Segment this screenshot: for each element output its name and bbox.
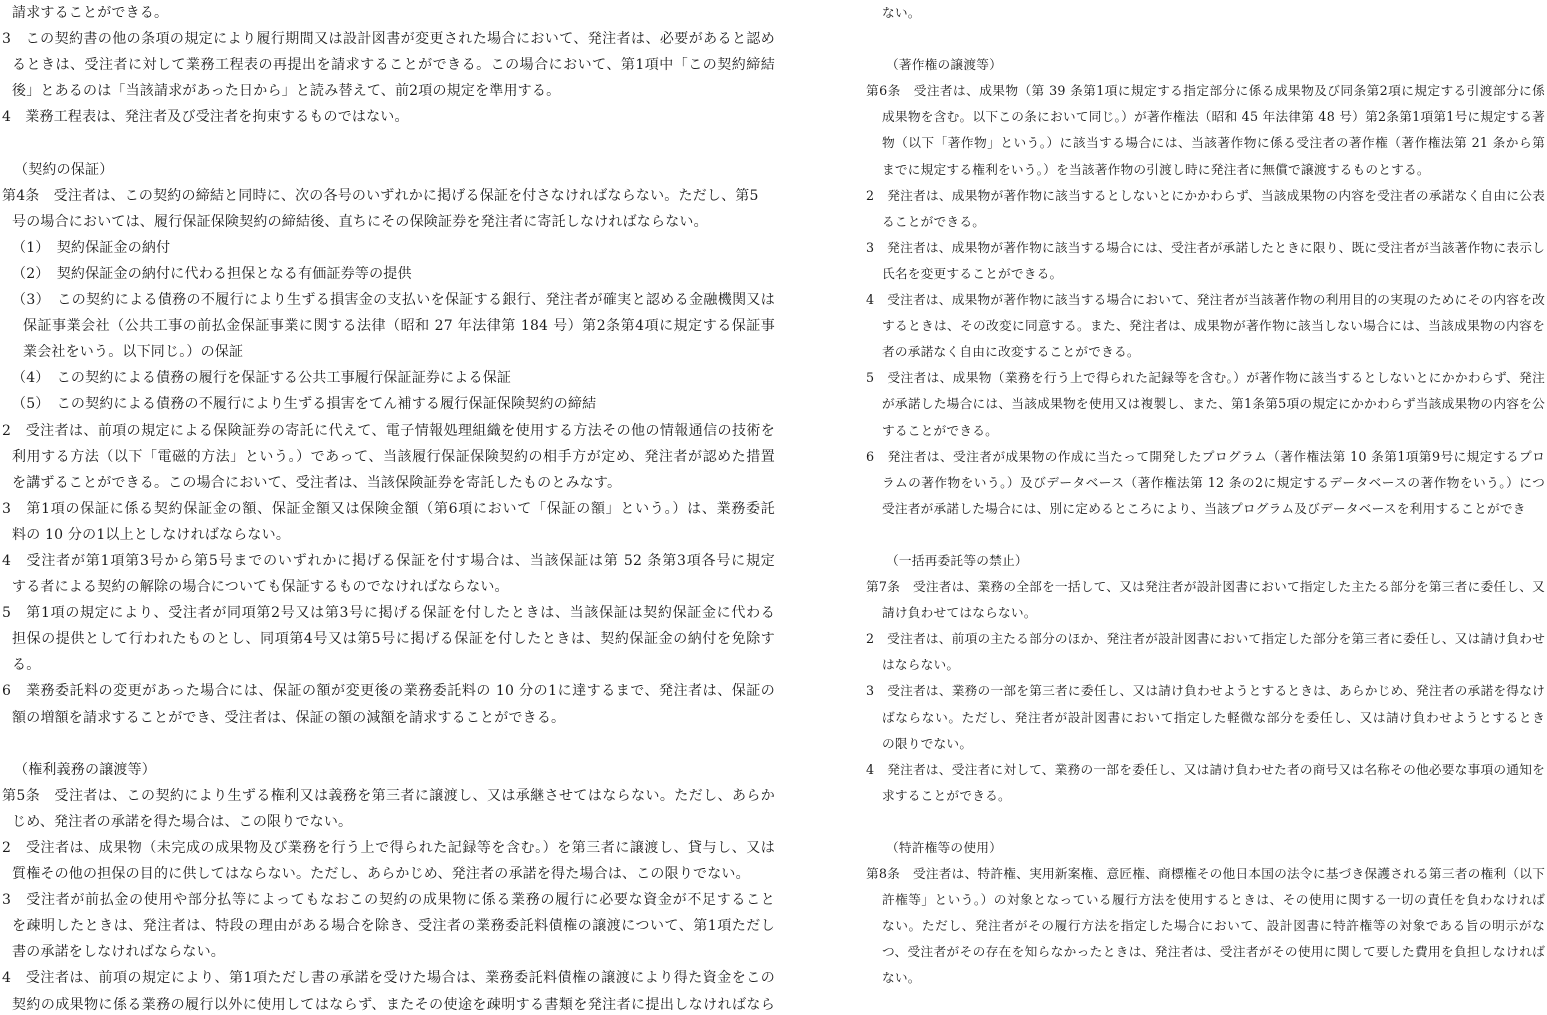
text-line: 業会社をいう。以下同じ。）の保証	[2, 339, 775, 365]
section-heading: （著作権の譲渡等）	[866, 52, 1545, 78]
text-line: （5） この契約による債務の不履行により生ずる損害をてん補する履行保証保険契約の…	[2, 391, 775, 417]
text-line: 受注者が承諾した場合には、別に定めるところにより、当該プログラム及びデータベース…	[866, 496, 1545, 522]
text-line: を講ずることができる。この場合において、受注者は、当該保険証券を寄託したものとみ…	[2, 470, 775, 496]
text-line: するときは、その改変に同意する。また、発注者は、成果物が著作物に該当しない場合に…	[866, 313, 1545, 339]
article-opening-line: 第8条 受注者は、特許権、実用新案権、意匠権、商標権その他日本国の法令に基づき保…	[866, 861, 1545, 887]
text-line: 4 発注者は、受注者に対して、業務の一部を委任し、又は請け負わせた者の商号又は名…	[866, 757, 1545, 783]
text-line: ない。	[866, 0, 1545, 26]
text-line: ラムの著作物をいう。）及びデータベース（著作権法第 12 条の2に規定するデータ…	[866, 470, 1545, 496]
text-line: はならない。	[866, 652, 1545, 678]
text-line: 5 第1項の規定により、受注者が同項第2号又は第3号に掲げる保証を付したときは、…	[2, 600, 775, 626]
text-line: るときは、受注者に対して業務工程表の再提出を請求することができる。この場合におい…	[2, 52, 775, 78]
text-line: 後」とあるのは「当該請求があった日から」と読み替えて、前2項の規定を準用する。	[2, 78, 775, 104]
text-line: ない。	[866, 965, 1545, 991]
text-line: 許権等」という。）の対象となっている履行方法を使用するときは、その使用に関する一…	[866, 887, 1545, 913]
text-line: ることができる。	[866, 209, 1545, 235]
text-line: 2 発注者は、成果物が著作物に該当するとしないとにかかわらず、当該成果物の内容を…	[866, 183, 1545, 209]
text-line: 書の承諾をしなければならない。	[2, 939, 775, 965]
text-line: 成果物を含む。以下この条において同じ。）が著作権法（昭和 45 年法律第 48 …	[866, 104, 1545, 130]
text-line: を疎明したときは、発注者は、特段の理由がある場合を除き、受注者の業務委託料債権の…	[2, 913, 775, 939]
text-line: 5 受注者は、成果物（業務を行う上で得られた記録等を含む。）が著作物に該当すると…	[866, 365, 1545, 391]
text-line: 号の場合においては、履行保証保険契約の締結後、直ちにその保険証券を発注者に寄託し…	[2, 209, 775, 235]
text-line: 求することができる。	[866, 783, 1545, 809]
text-line: 契約の成果物に係る業務の履行以外に使用してはならず、またその使途を疎明する書類を…	[2, 992, 775, 1015]
text-line: 4 受注者は、前項の規定により、第1項ただし書の承諾を受けた場合は、業務委託料債…	[2, 965, 775, 991]
text-line: ばならない。ただし、発注者が設計図書において指定した軽微な部分を委任し、又は請け…	[866, 705, 1545, 731]
text-line: 4 受注者が第1項第3号から第5号までのいずれかに掲げる保証を付す場合は、当該保…	[2, 548, 775, 574]
text-line: つ、受注者がその存在を知らなかったときは、発注者は、受注者がその使用に関して要し…	[866, 939, 1545, 965]
text-line: 2 受注者は、前項の主たる部分のほか、発注者が設計図書において指定した部分を第三…	[866, 626, 1545, 652]
text-line: 質権その他の担保の目的に供してはならない。ただし、あらかじめ、発注者の承諾を得た…	[2, 861, 775, 887]
text-line: 3 この契約書の他の条項の規定により履行期間又は設計図書が変更された場合において…	[2, 26, 775, 52]
text-line: 額の増額を請求することができ、受注者は、保証の額の減額を請求することができる。	[2, 705, 775, 731]
section-heading: （権利義務の譲渡等）	[2, 757, 775, 783]
text-line: 保証事業会社（公共工事の前払金保証事業に関する法律（昭和 27 年法律第 184…	[2, 313, 775, 339]
blank-line	[866, 522, 1545, 548]
article-opening-line: 第5条 受注者は、この契約により生ずる権利又は義務を第三者に譲渡し、又は承継させ…	[2, 783, 775, 809]
article-opening-line: 第4条 受注者は、この契約の締結と同時に、次の各号のいずれかに掲げる保証を付さな…	[2, 183, 775, 209]
left-page-column: 請求することができる。3 この契約書の他の条項の規定により履行期間又は設計図書が…	[2, 0, 775, 1015]
text-line: までに規定する権利をいう。）を当該著作物の引渡し時に発注者に無償で譲渡するものと…	[866, 157, 1545, 183]
contract-document-page-spread: 請求することができる。3 この契約書の他の条項の規定により履行期間又は設計図書が…	[0, 0, 1547, 1015]
text-line: 氏名を変更することができる。	[866, 261, 1545, 287]
text-line: 請け負わせてはならない。	[866, 600, 1545, 626]
text-line: 請求することができる。	[2, 0, 775, 26]
text-line: 6 発注者は、受注者が成果物の作成に当たって開発したプログラム（著作権法第 10…	[866, 444, 1545, 470]
section-heading: （一括再委託等の禁止）	[866, 548, 1545, 574]
blank-line	[2, 731, 775, 757]
text-line: ない。ただし、発注者がその履行方法を指定した場合において、設計図書に特許権等の対…	[866, 913, 1545, 939]
text-line: （1） 契約保証金の納付	[2, 235, 775, 261]
article-opening-line: 第7条 受注者は、業務の全部を一括して、又は発注者が設計図書において指定した主た…	[866, 574, 1545, 600]
text-line: 3 発注者は、成果物が著作物に該当する場合には、受注者が承諾したときに限り、既に…	[866, 235, 1545, 261]
text-line: 物（以下「著作物」という。）に該当する場合には、当該著作物に係る受注者の著作権（…	[866, 130, 1545, 156]
text-line: する者による契約の解除の場合についても保証するものでなければならない。	[2, 574, 775, 600]
text-line: 利用する方法（以下「電磁的方法」という。）であって、当該履行保証保険契約の相手方…	[2, 444, 775, 470]
text-line: 4 業務工程表は、発注者及び受注者を拘束するものではない。	[2, 104, 775, 130]
section-heading: （特許権等の使用）	[866, 835, 1545, 861]
text-line: 3 受注者が前払金の使用や部分払等によってもなおこの契約の成果物に係る業務の履行…	[2, 887, 775, 913]
text-line: 料の 10 分の1以上としなければならない。	[2, 522, 775, 548]
section-heading: （契約の保証）	[2, 157, 775, 183]
right-page-column: ない。（著作権の譲渡等）第6条 受注者は、成果物（第 39 条第1項に規定する指…	[866, 0, 1545, 992]
text-line: 担保の提供として行われたものとし、同項第4号又は第5号に掲げる保証を付したときは…	[2, 626, 775, 652]
text-line: 6 業務委託料の変更があった場合には、保証の額が変更後の業務委託料の 10 分の…	[2, 678, 775, 704]
text-line: 3 受注者は、業務の一部を第三者に委任し、又は請け負わせようとするときは、あらか…	[866, 678, 1545, 704]
text-line: 2 受注者は、前項の規定による保険証券の寄託に代えて、電子情報処理組織を使用する…	[2, 418, 775, 444]
text-line: することができる。	[866, 418, 1545, 444]
text-line: 4 受注者は、成果物が著作物に該当する場合において、発注者が当該著作物の利用目的…	[866, 287, 1545, 313]
text-line: （3） この契約による債務の不履行により生ずる損害金の支払いを保証する銀行、発注…	[2, 287, 775, 313]
text-line: （4） この契約による債務の履行を保証する公共工事履行保証証券による保証	[2, 365, 775, 391]
text-line: る。	[2, 652, 775, 678]
text-line: 3 第1項の保証に係る契約保証金の額、保証金額又は保険金額（第6項において「保証…	[2, 496, 775, 522]
article-opening-line: 第6条 受注者は、成果物（第 39 条第1項に規定する指定部分に係る成果物及び同…	[866, 78, 1545, 104]
blank-line	[866, 809, 1545, 835]
text-line: 2 受注者は、成果物（未完成の成果物及び業務を行う上で得られた記録等を含む。）を…	[2, 835, 775, 861]
text-line: が承諾した場合には、当該成果物を使用又は複製し、また、第1条第5項の規定にかかわ…	[866, 391, 1545, 417]
text-line: の限りでない。	[866, 731, 1545, 757]
text-line: （2） 契約保証金の納付に代わる担保となる有価証券等の提供	[2, 261, 775, 287]
blank-line	[866, 26, 1545, 52]
text-line: 者の承諾なく自由に改変することができる。	[866, 339, 1545, 365]
blank-line	[2, 130, 775, 156]
text-line: じめ、発注者の承諾を得た場合は、この限りでない。	[2, 809, 775, 835]
